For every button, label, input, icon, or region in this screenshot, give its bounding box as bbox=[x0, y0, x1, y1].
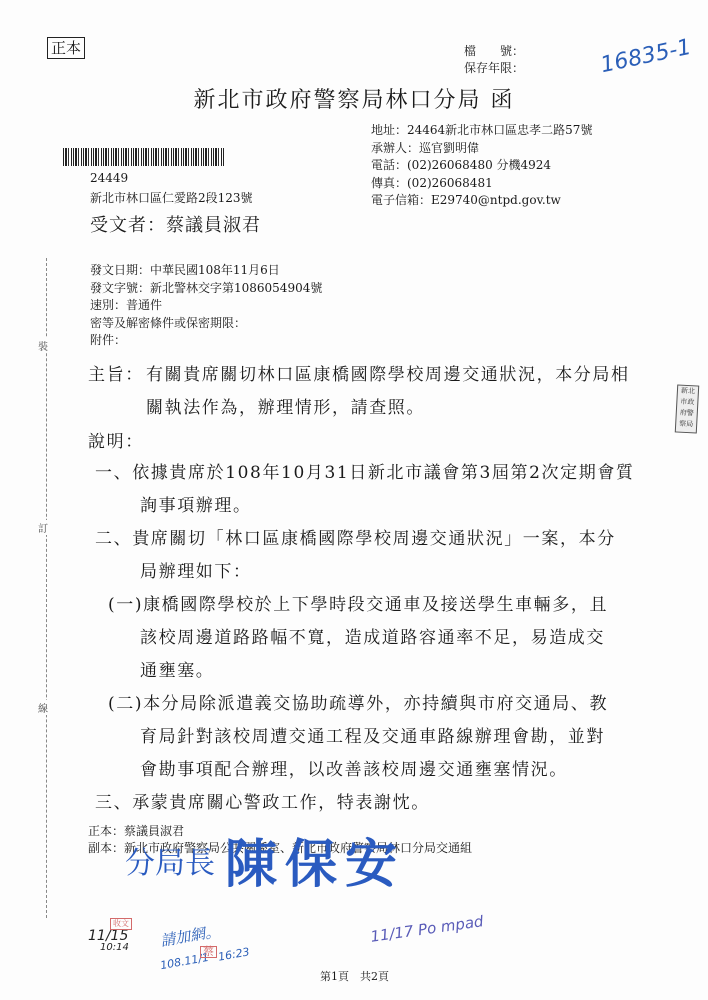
speed-class: 速別：普通件 bbox=[90, 297, 322, 315]
original-to: 正本：蔡議員淑君 bbox=[88, 822, 184, 839]
item-2b-line-1: (二)本分局除派遣義交協助疏導外，亦持續與市府交通局、教 bbox=[108, 689, 608, 714]
middle-handwritten-note: 11/17 Po mpad bbox=[369, 912, 484, 946]
recipient-postcode: 24449 bbox=[90, 171, 128, 185]
item-2b-line-3: 會勘事項配合辦理，以改善該校周邊交通壅塞情況。 bbox=[140, 755, 568, 780]
note-time: 16:23 bbox=[217, 945, 250, 963]
page-footer: 第1頁 共2頁 bbox=[320, 968, 389, 984]
meta-block: 發文日期：中華民國108年11月6日 發文字號：新北警林交字第108605490… bbox=[90, 262, 322, 350]
binding-line bbox=[46, 258, 47, 918]
email: 電子信箱：E29740@ntpd.gov.tw bbox=[371, 192, 592, 210]
item-2-line-1: 二、貴席關切「林口區康橋國際學校周邊交通狀況」一案，本分 bbox=[95, 524, 616, 549]
signature-name: 陳保安 bbox=[225, 822, 405, 897]
document-number: 發文字號：新北警林交字第1086054904號 bbox=[90, 280, 322, 298]
handler: 承辦人：巡官劉明偉 bbox=[371, 140, 592, 158]
item-2a-line-3: 通壅塞。 bbox=[140, 656, 214, 681]
contact-block: 地址：24464新北市林口區忠孝二路57號 承辦人：巡官劉明偉 電話：(02)2… bbox=[371, 122, 592, 210]
handwritten-file-number: 16835-1 bbox=[598, 35, 693, 79]
subject-label: 主旨： bbox=[88, 360, 144, 385]
recipient: 受文者：蔡議員淑君 bbox=[90, 211, 261, 237]
issue-date: 發文日期：中華民國108年11月6日 bbox=[90, 262, 322, 280]
item-2-line-2: 局辦理如下： bbox=[140, 557, 252, 582]
item-2b-line-2: 育局針對該校周遭交通工程及交通車路線辦理會勘，並對 bbox=[140, 722, 605, 747]
fax: 傳真：(02)26068481 bbox=[371, 175, 592, 193]
item-3: 三、承蒙貴席關心警政工作，特表謝忱。 bbox=[95, 788, 430, 813]
approval-stamp: 蔡 bbox=[200, 946, 217, 958]
file-number-label: 檔 號： bbox=[464, 43, 524, 59]
subject-line-2: 關執法作為，辦理情形，請查照。 bbox=[146, 393, 425, 418]
barcode bbox=[63, 148, 225, 166]
item-1-line-2: 詢事項辦理。 bbox=[140, 491, 252, 516]
explanation-label: 說明： bbox=[88, 427, 144, 452]
retention-label: 保存年限： bbox=[464, 60, 524, 76]
item-2a-line-1: (一)康橋國際學校於上下學時段交通車及接送學生車輛多，且 bbox=[108, 590, 608, 615]
recipient-address: 新北市林口區仁愛路2段123號 bbox=[90, 189, 253, 206]
received-stamp: 收文 bbox=[110, 918, 132, 930]
binding-mark-ding: 訂 bbox=[38, 520, 48, 535]
phone: 電話：(02)26068480 分機4924 bbox=[371, 157, 592, 175]
item-2a-line-2: 該校周邊道路路幅不寬，造成道路容通率不足，易造成交 bbox=[140, 623, 605, 648]
secrecy: 密等及解密條件或保密期限： bbox=[90, 315, 322, 333]
attachment: 附件： bbox=[90, 332, 322, 350]
copy-type-box: 正本 bbox=[47, 37, 85, 59]
document-title: 新北市政府警察局林口分局 函 bbox=[0, 83, 708, 114]
item-1-line-1: 一、依據貴席於108年10月31日新北市議會第3屆第2次定期會質 bbox=[95, 458, 635, 483]
binding-mark-zhuang: 裝 bbox=[38, 338, 48, 353]
received-time: 10:14 bbox=[100, 942, 129, 953]
official-seal: 新北市政府警察局 bbox=[675, 384, 699, 433]
binding-mark-xian: 線 bbox=[38, 700, 48, 715]
address: 地址：24464新北市林口區忠孝二路57號 bbox=[371, 122, 592, 140]
subject-line-1: 有關貴席關切林口區康橋國際學校周邊交通狀況，本分局相 bbox=[146, 360, 630, 385]
signature-title: 分局長 bbox=[125, 838, 215, 882]
